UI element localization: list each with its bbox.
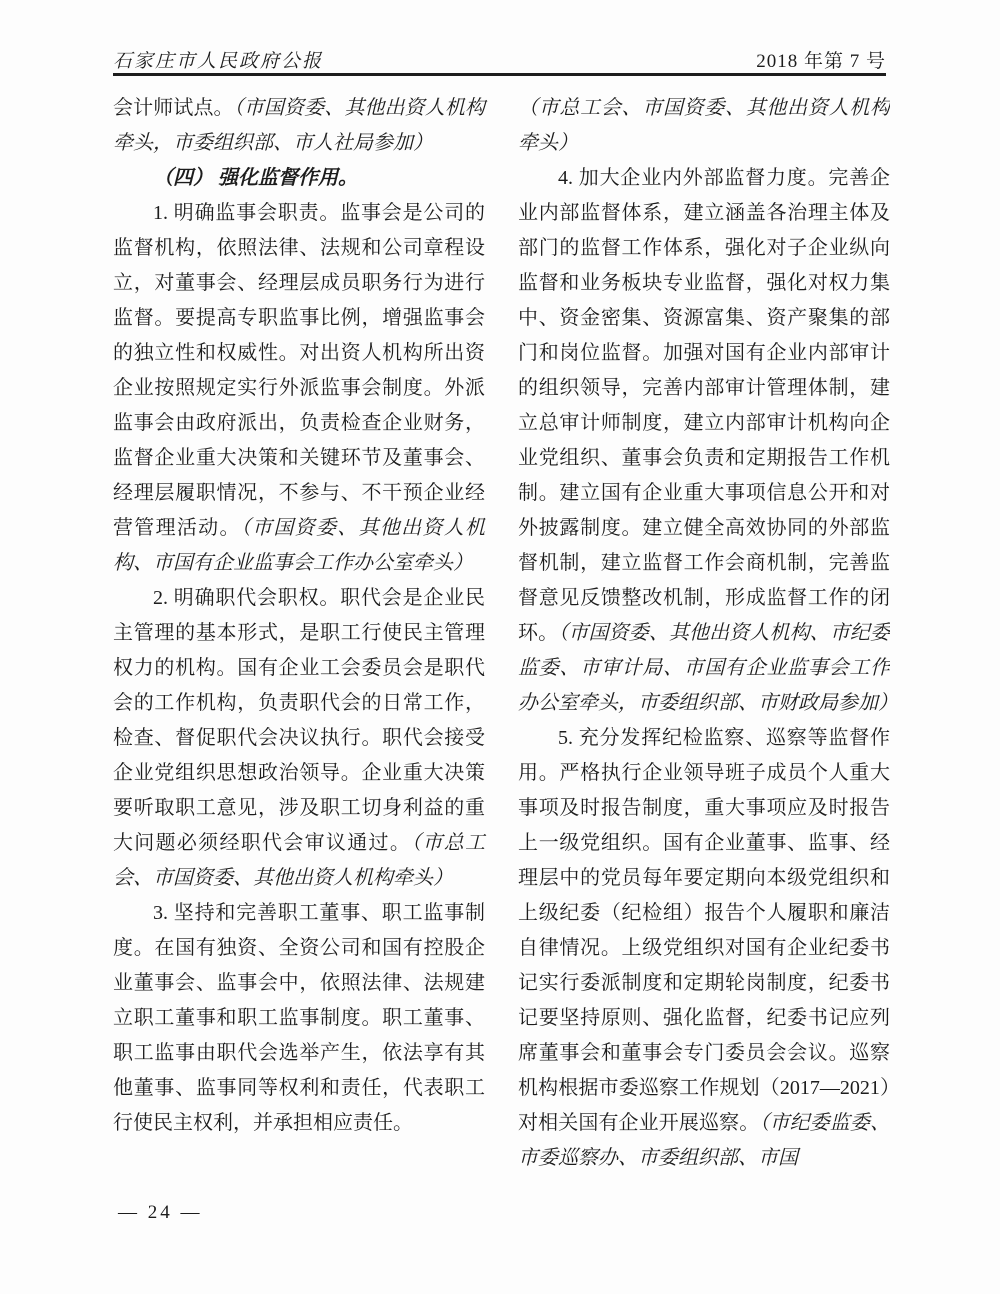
header-rule [113, 73, 886, 76]
issue-number: 2018 年第 7 号 [756, 46, 886, 73]
paragraph: 2. 明确职代会职权。职代会是企业民主管理的基本形式，是职工行使民主管理权力的机… [113, 581, 485, 896]
page-number: — 24 — [118, 1202, 203, 1223]
body-text: 4. 加大企业内外部监督力度。完善企业内部监督体系，建立涵盖各治理主体及部门的监… [518, 167, 890, 644]
paragraph: 会计师试点。（市国资委、其他出资人机构牵头，市委组织部、市人社局参加） [113, 91, 485, 161]
paragraph: 5. 充分发挥纪检监察、巡察等监督作用。严格执行企业领导班子成员个人重大事项及时… [518, 721, 890, 1176]
section-heading: （四） 强化监督作用。 [113, 161, 485, 196]
paragraph: （市总工会、市国资委、其他出资人机构牵头） [518, 91, 890, 161]
attribution-text: （市国资委、其他出资人机构、市纪委监委、市审计局、市国有企业监事会工作办公室牵头… [518, 622, 890, 714]
document-body: 会计师试点。（市国资委、其他出资人机构牵头，市委组织部、市人社局参加）（四） 强… [113, 91, 890, 1215]
page-header: 石家庄市人民政府公报 2018 年第 7 号 [113, 46, 886, 73]
body-text: 3. 坚持和完善职工董事、职工监事制度。在国有独资、全资公司和国有控股企业董事会… [113, 902, 485, 1134]
body-text: 5. 充分发挥纪检监察、巡察等监督作用。严格执行企业领导班子成员个人重大事项及时… [518, 727, 890, 1134]
body-text: 1. 明确监事会职责。监事会是公司的监督机构，依照法律、法规和公司章程设立，对董… [113, 202, 485, 539]
paragraph: 1. 明确监事会职责。监事会是公司的监督机构，依照法律、法规和公司章程设立，对董… [113, 196, 485, 581]
gazette-page: 石家庄市人民政府公报 2018 年第 7 号 会计师试点。（市国资委、其他出资人… [0, 0, 1000, 1294]
page-footer: — 24 — [118, 1202, 203, 1224]
attribution-text: （四） 强化监督作用。 [153, 167, 358, 189]
body-text: 2. 明确职代会职权。职代会是企业民主管理的基本形式，是职工行使民主管理权力的机… [113, 587, 485, 854]
right-column: （市总工会、市国资委、其他出资人机构牵头）4. 加大企业内外部监督力度。完善企业… [518, 91, 890, 1215]
attribution-text: （市总工会、市国资委、其他出资人机构牵头） [518, 97, 890, 154]
gazette-title: 石家庄市人民政府公报 [113, 46, 323, 73]
body-text: 会计师试点。 [113, 97, 234, 119]
paragraph: 3. 坚持和完善职工董事、职工监事制度。在国有独资、全资公司和国有控股企业董事会… [113, 896, 485, 1141]
left-column: 会计师试点。（市国资委、其他出资人机构牵头，市委组织部、市人社局参加）（四） 强… [113, 91, 485, 1215]
paragraph: 4. 加大企业内外部监督力度。完善企业内部监督体系，建立涵盖各治理主体及部门的监… [518, 161, 890, 721]
